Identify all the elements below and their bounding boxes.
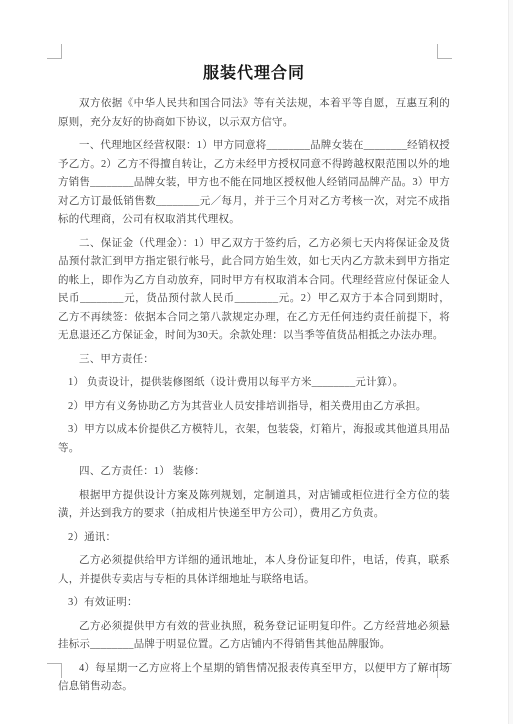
paragraph: 2）甲方有义务协助乙方为其营业人员安排培训指导，相关费用由乙方承担。: [58, 398, 450, 417]
paragraph: 四、乙方责任：1） 装修：: [58, 463, 450, 482]
paragraph: 3）甲方以成本价提供乙方模特儿，衣架，包装袋，灯箱片，海报或其他道具用品等。: [58, 421, 450, 458]
document-page: 服装代理合同 双方依据《中华人民共和国合同法》等有关法规，本着平等自愿，互惠互利…: [0, 0, 513, 724]
document-title: 服装代理合同: [58, 60, 450, 83]
paragraph: 根据甲方提供设计方案及陈列规划，定制道具，对店铺或柜位进行全方位的装潢，并达到我…: [58, 487, 450, 524]
paragraph: 三、甲方责任：: [58, 351, 450, 370]
page-right-edge: [508, 0, 513, 724]
paragraph: 双方依据《中华人民共和国合同法》等有关法规，本着平等自愿，互惠互利的原则，充分友…: [58, 95, 450, 132]
paragraph: 一、代理地区经营权限：1）甲方同意将________品牌女装在________经…: [58, 137, 450, 230]
paragraph: 1） 负责设计，提供装修图纸（设计费用以每平方米________元计算）。: [58, 374, 450, 393]
paragraph-list: 双方依据《中华人民共和国合同法》等有关法规，本着平等自愿，互惠互利的原则，充分友…: [58, 95, 450, 697]
document-content: 服装代理合同 双方依据《中华人民共和国合同法》等有关法规，本着平等自愿，互惠互利…: [58, 56, 450, 702]
paragraph: 乙方必须提供甲方有效的营业执照，税务登记证明复印件。乙方经营地必须悬挂标示___…: [58, 618, 450, 655]
paragraph: 4）每星期一乙方应将上个星期的销售情况报表传真至甲方，以便甲方了解市场信息销售动…: [58, 660, 450, 697]
paragraph: 2）通讯：: [58, 529, 450, 548]
paragraph: 二、保证金（代理金）：1）甲乙双方于签约后，乙方必须七天内将保证金及货品预付款汇…: [58, 235, 450, 346]
paragraph: 乙方必须提供给甲方详细的通讯地址，本人身份证复印件，电话，传真，联系人，并提供专…: [58, 552, 450, 589]
paragraph: 3）有效证明：: [58, 594, 450, 613]
